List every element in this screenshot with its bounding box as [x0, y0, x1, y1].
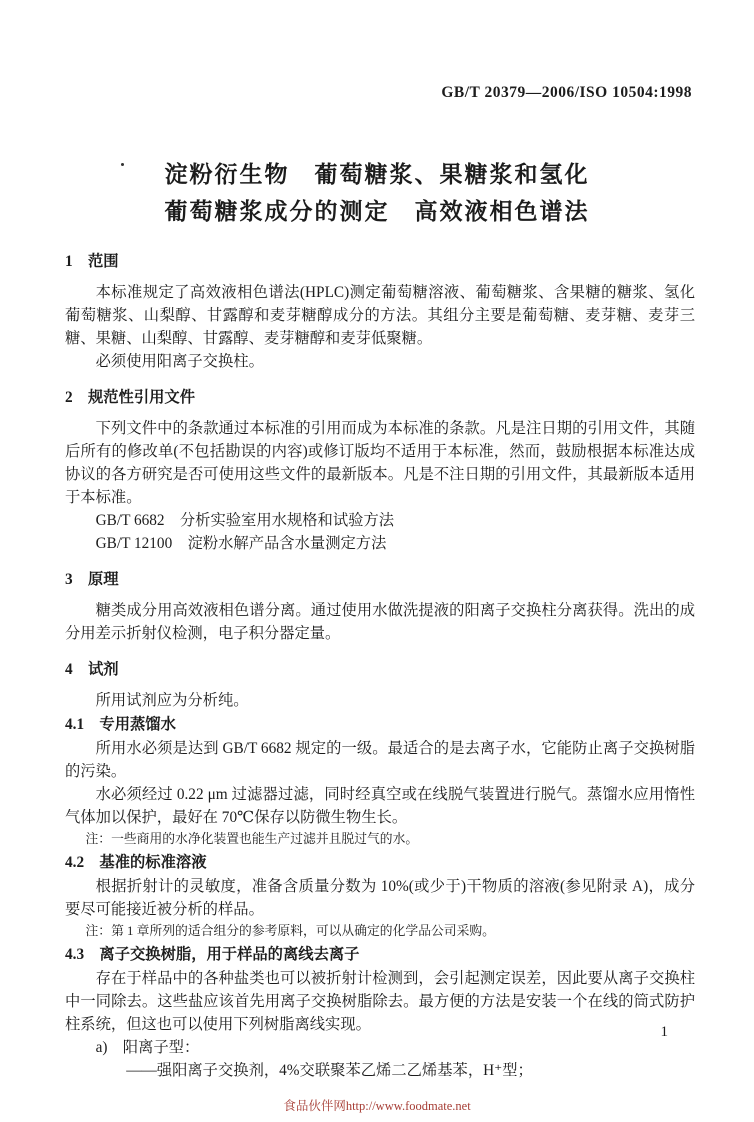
- scope-note-line: 必须使用阳离子交换柱。: [65, 350, 695, 373]
- document-title-line2: 葡萄糖浆成分的测定 高效液相色谱法: [0, 193, 754, 230]
- reference-gbt6682: GB/T 6682 分析实验室用水规格和试验方法: [65, 509, 695, 532]
- reference-gbt12100: GB/T 12100 淀粉水解产品含水量测定方法: [65, 532, 695, 555]
- normative-refs-paragraph: 下列文件中的条款通过本标准的引用而成为本标准的条款。凡是注日期的引用文件，其随后…: [65, 417, 695, 509]
- section-3-heading: 3 原理: [65, 568, 695, 591]
- standard-solution-paragraph: 根据折射计的灵敏度，准备含质量分数为 10%(或少于)干物质的溶液(参见附录 A…: [65, 875, 695, 921]
- standard-code: GB/T 20379—2006/ISO 10504:1998: [441, 84, 692, 102]
- principle-paragraph: 糖类成分用高效液相色谱分离。通过使用水做洗提液的阳离子交换柱分离获得。洗出的成分…: [65, 599, 695, 645]
- standard-solution-note: 注：第 1 章所列的适合组分的参考原料，可以从确定的化学品公司采购。: [65, 921, 695, 942]
- document-title: 淀粉衍生物 葡萄糖浆、果糖浆和氢化 葡萄糖浆成分的测定 高效液相色谱法: [0, 156, 754, 230]
- document-page: GB/T 20379—2006/ISO 10504:1998 淀粉衍生物 葡萄糖…: [0, 0, 754, 1122]
- water-grade-paragraph: 所用水必须是达到 GB/T 6682 规定的一级。最适合的是去离子水，它能防止离…: [65, 737, 695, 783]
- section-4-3-heading: 4.3 离子交换树脂，用于样品的离线去离子: [65, 943, 695, 966]
- resin-paragraph: 存在于样品中的各种盐类也可以被折射计检测到，会引起测定误差，因此要从离子交换柱中…: [65, 967, 695, 1036]
- section-4-2-heading: 4.2 基准的标准溶液: [65, 851, 695, 874]
- section-4-1-heading: 4.1 专用蒸馏水: [65, 713, 695, 736]
- reagents-intro: 所用试剂应为分析纯。: [65, 689, 695, 712]
- water-filter-paragraph: 水必须经过 0.22 μm 过滤器过滤，同时经真空或在线脱气装置进行脱气。蒸馏水…: [65, 783, 695, 829]
- page-number: 1: [661, 1024, 669, 1041]
- section-2-heading: 2 规范性引用文件: [65, 386, 695, 409]
- section-4-heading: 4 试剂: [65, 658, 695, 681]
- footer-watermark: 食品伙伴网http://www.foodmate.net: [0, 1096, 754, 1114]
- document-title-line1: 淀粉衍生物 葡萄糖浆、果糖浆和氢化: [0, 156, 754, 193]
- list-item-a-dash: ——强阳离子交换剂，4%交联聚苯乙烯二乙烯基苯，H⁺型；: [65, 1059, 695, 1082]
- scope-paragraph: 本标准规定了高效液相色谱法(HPLC)测定葡萄糖溶液、葡萄糖浆、含果糖的糖浆、氢…: [65, 281, 695, 350]
- list-item-a: a) 阳离子型：: [65, 1036, 695, 1059]
- section-1-heading: 1 范围: [65, 250, 695, 273]
- water-note: 注：一些商用的水净化装置也能生产过滤并且脱过气的水。: [65, 829, 695, 850]
- document-body: 1 范围 本标准规定了高效液相色谱法(HPLC)测定葡萄糖溶液、葡萄糖浆、含果糖…: [65, 250, 695, 1082]
